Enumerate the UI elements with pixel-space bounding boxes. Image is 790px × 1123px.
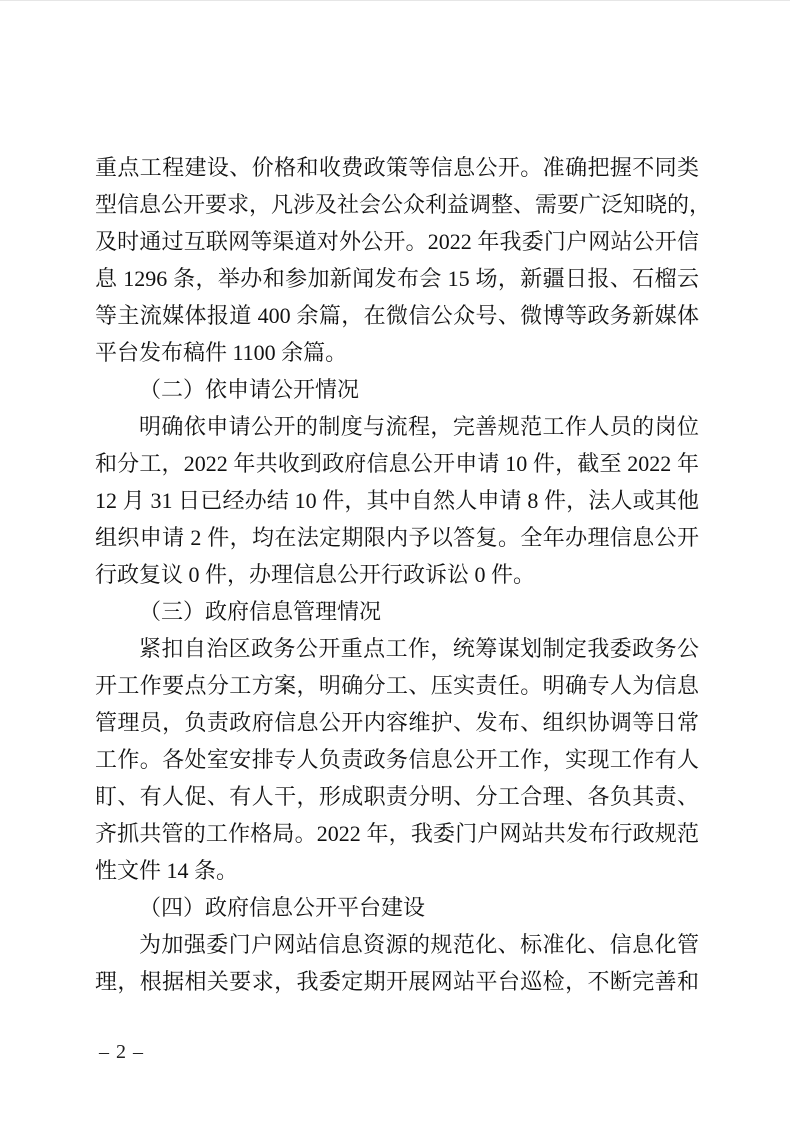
body-text-line: 行政复议 0 件，办理信息公开行政诉讼 0 件。 [95, 556, 699, 593]
body-text-line: 型信息公开要求，凡涉及社会公众利益调整、需要广泛知晓的， [95, 186, 699, 223]
body-text-line: 管理员，负责政府信息公开内容维护、发布、组织协调等日常 [95, 704, 699, 741]
body-text-line: 平台发布稿件 1100 余篇。 [95, 334, 699, 371]
section-heading: （四）政府信息公开平台建设 [95, 889, 699, 926]
body-text-line: 12 月 31 日已经办结 10 件，其中自然人申请 8 件，法人或其他 [95, 482, 699, 519]
body-text-line: 为加强委门户网站信息资源的规范化、标准化、信息化管 [95, 926, 699, 963]
body-text-line: 及时通过互联网等渠道对外公开。2022 年我委门户网站公开信 [95, 223, 699, 260]
section-heading: （三）政府信息管理情况 [95, 593, 699, 630]
body-text-line: 明确依申请公开的制度与流程，完善规范工作人员的岗位 [95, 408, 699, 445]
document-body: 重点工程建设、价格和收费政策等信息公开。准确把握不同类型信息公开要求，凡涉及社会… [95, 149, 699, 1000]
page-number: – 2 – [99, 1039, 144, 1065]
body-text-line: 工作。各处室安排专人负责政务信息公开工作，实现工作有人 [95, 741, 699, 778]
section-heading: （二）依申请公开情况 [95, 371, 699, 408]
body-text-line: 紧扣自治区政务公开重点工作，统筹谋划制定我委政务公 [95, 630, 699, 667]
body-text-line: 等主流媒体报道 400 余篇，在微信公众号、微博等政务新媒体 [95, 297, 699, 334]
body-text-line: 和分工，2022 年共收到政府信息公开申请 10 件，截至 2022 年 [95, 445, 699, 482]
document-page: 重点工程建设、价格和收费政策等信息公开。准确把握不同类型信息公开要求，凡涉及社会… [0, 0, 790, 1123]
body-text-line: 齐抓共管的工作格局。2022 年，我委门户网站共发布行政规范 [95, 815, 699, 852]
body-text-line: 组织申请 2 件，均在法定期限内予以答复。全年办理信息公开 [95, 519, 699, 556]
body-text-line: 盯、有人促、有人干，形成职责分明、分工合理、各负其责、 [95, 778, 699, 815]
body-text-line: 理，根据相关要求，我委定期开展网站平台巡检，不断完善和 [95, 963, 699, 1000]
body-text-line: 开工作要点分工方案，明确分工、压实责任。明确专人为信息 [95, 667, 699, 704]
body-text-line: 息 1296 条，举办和参加新闻发布会 15 场，新疆日报、石榴云 [95, 260, 699, 297]
body-text-line: 性文件 14 条。 [95, 852, 699, 889]
body-text-line: 重点工程建设、价格和收费政策等信息公开。准确把握不同类 [95, 149, 699, 186]
